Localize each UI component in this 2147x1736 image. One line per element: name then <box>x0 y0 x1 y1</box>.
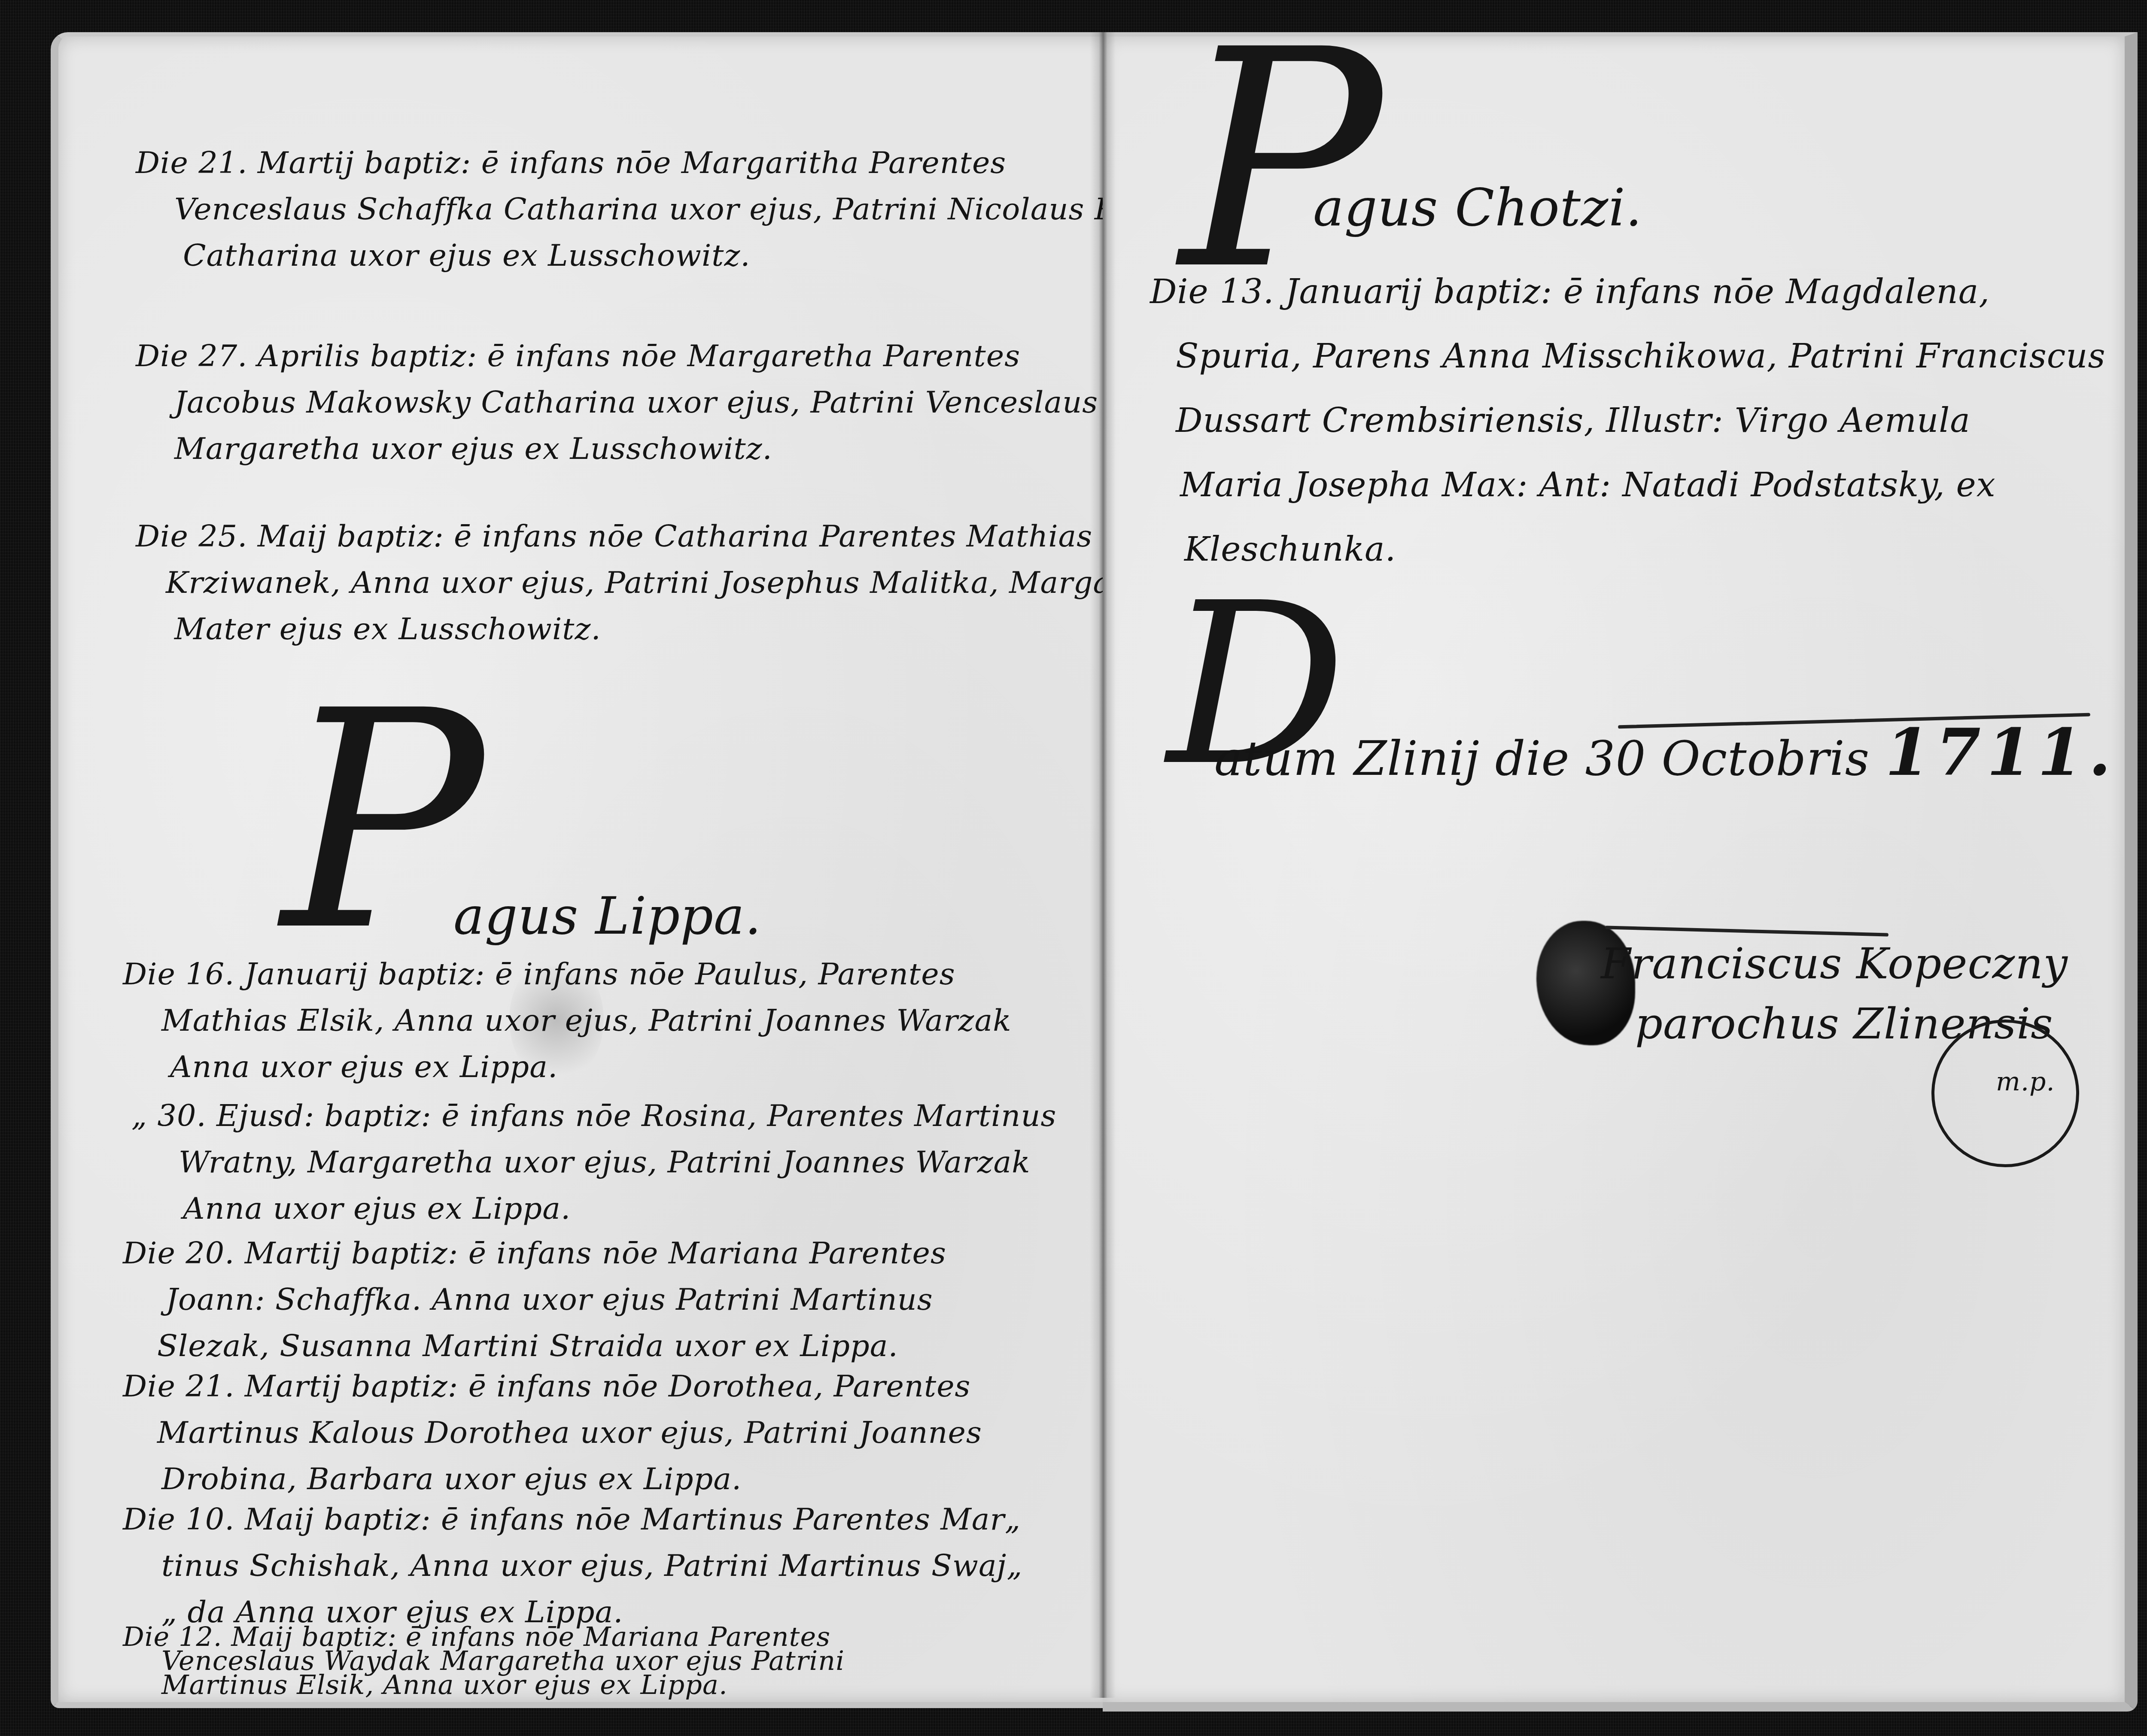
entry-line: Martinus Elsik, Anna uxor ejus ex Lippa. <box>123 1673 845 1697</box>
entry-line: Mater ejus ex Lusschowitz. <box>136 606 1195 652</box>
entry-line: Die 20. Martij baptiz: ē infans nōe Mari… <box>123 1230 946 1276</box>
baptism-entry: Die 12. Maij baptiz: ē infans nōe Marian… <box>123 1625 845 1697</box>
baptism-entry: Die 21. Martij baptiz: ē infans nōe Doro… <box>123 1363 982 1502</box>
ink-stain <box>509 955 604 1084</box>
entry-line: Die 21. Martij baptiz: ē infans nōe Marg… <box>136 140 1183 186</box>
entry-line: Margaretha uxor ejus ex Lusschowitz. <box>136 425 1227 472</box>
book-gutter <box>1090 32 1116 1698</box>
baptism-entry: Die 20. Martij baptiz: ē infans nōe Mari… <box>123 1230 946 1369</box>
baptism-entry: Die 21. Martij baptiz: ē infans nōe Marg… <box>136 140 1183 279</box>
book-spread: Die 21. Martij baptiz: ē infans nōe Marg… <box>51 32 2125 1698</box>
entry-line: Die 21. Martij baptiz: ē infans nōe Doro… <box>123 1363 982 1409</box>
entry-line: Joann: Schaffka. Anna uxor ejus Patrini … <box>123 1276 946 1323</box>
entry-line: Venceslaus Schaffka Catharina uxor ejus,… <box>136 186 1183 232</box>
section-heading: agus Chotzi. <box>1313 182 1642 234</box>
entry-line: Slezak, Susanna Martini Straida uxor ex … <box>123 1323 946 1369</box>
entry-line: Wratny, Margaretha uxor ejus, Patrini Jo… <box>131 1139 1056 1185</box>
dating-year: 1711. <box>1885 715 2117 790</box>
entry-line: Catharina uxor ejus ex Lusschowitz. <box>136 232 1183 279</box>
entry-line: Die 10. Maij baptiz: ē infans nōe Martin… <box>123 1496 1023 1542</box>
entry-line: Die 13. Januarij baptiz: ē infans nōe Ma… <box>1150 260 2106 324</box>
entry-line: Spuria, Parens Anna Misschikowa, Patrini… <box>1150 324 2106 388</box>
entry-line: Martinus Kalous Dorothea uxor ejus, Patr… <box>123 1409 982 1456</box>
baptism-entry: „ 30. Ejusd: baptiz: ē infans nōe Rosina… <box>131 1093 1056 1232</box>
entry-line: Dussart Crembsiriensis, Illustr: Virgo A… <box>1150 388 2106 453</box>
entry-line: Die 25. Maij baptiz: ē infans nōe Cathar… <box>136 513 1195 559</box>
left-page: Die 21. Martij baptiz: ē infans nōe Marg… <box>51 32 1110 1708</box>
entry-line: Anna uxor ejus ex Lippa. <box>131 1185 1056 1232</box>
entry-line: Jacobus Makowsky Catharina uxor ejus, Pa… <box>136 379 1227 425</box>
entry-line: „ 30. Ejusd: baptiz: ē infans nōe Rosina… <box>131 1093 1056 1139</box>
paraph-text: m.p. <box>1996 1067 2055 1097</box>
baptism-entry: Die 10. Maij baptiz: ē infans nōe Martin… <box>123 1496 1023 1635</box>
right-page: P agus Chotzi. Die 13. Januarij baptiz: … <box>1103 32 2138 1712</box>
entry-line: Drobina, Barbara uxor ejus ex Lippa. <box>123 1456 982 1502</box>
baptism-entry: Die 25. Maij baptiz: ē infans nōe Cathar… <box>136 513 1195 652</box>
baptism-entry: Die 27. Aprilis baptiz: ē infans nōe Mar… <box>136 333 1227 472</box>
entry-line: Maria Josepha Max: Ant: Natadi Podstatsk… <box>1150 453 2106 517</box>
entry-line: Krziwanek, Anna uxor ejus, Patrini Josep… <box>136 559 1195 606</box>
dating-text: atum Zlinij die 30 Octobris <box>1214 731 1870 786</box>
baptism-entry: Die 13. Januarij baptiz: ē infans nōe Ma… <box>1150 260 2106 582</box>
entry-line: tinus Schishak, Anna uxor ejus, Patrini … <box>123 1542 1023 1589</box>
entry-line: Die 27. Aprilis baptiz: ē infans nōe Mar… <box>136 333 1227 379</box>
signature-name: Franciscus Kopeczny <box>1601 934 2068 994</box>
section-heading: agus Lippa. <box>453 891 762 942</box>
